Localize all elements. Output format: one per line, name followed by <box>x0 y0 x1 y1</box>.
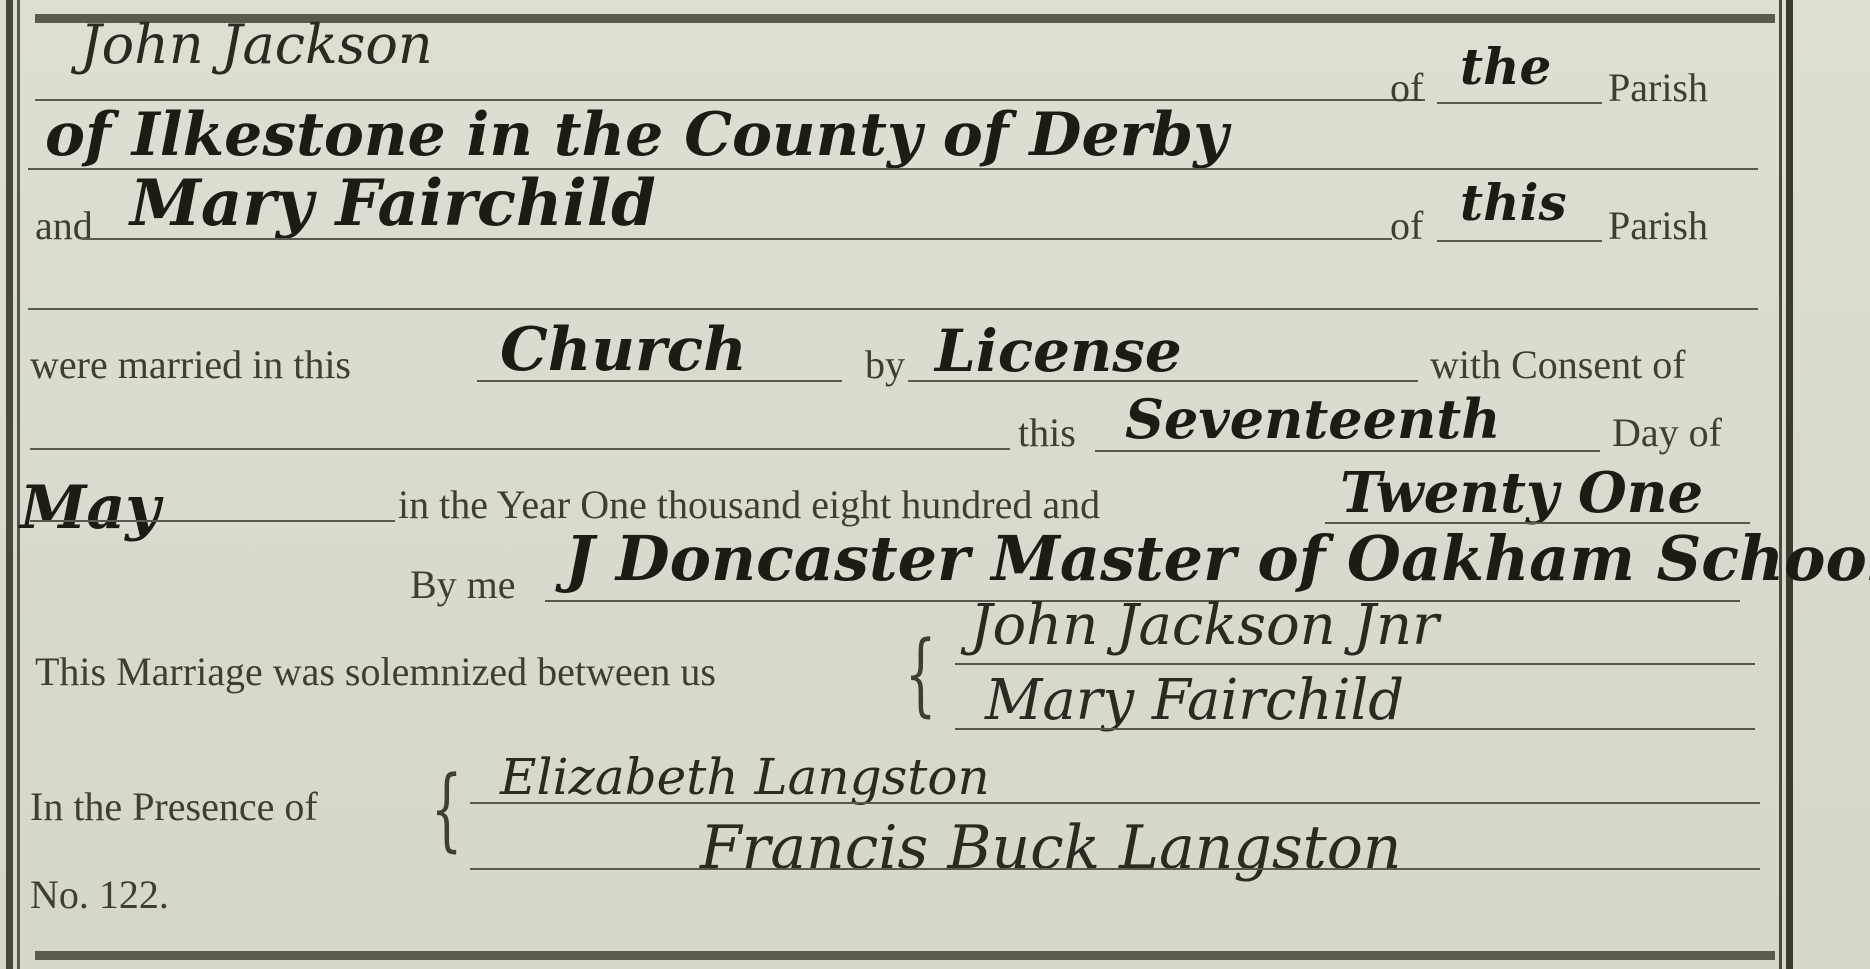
marriage-place: Church <box>500 320 747 380</box>
marriage-day: Seventeenth <box>1125 392 1500 446</box>
day-line <box>1095 450 1600 452</box>
bottom-heavy-rule <box>35 951 1775 960</box>
month-line <box>30 520 395 522</box>
brace-parties: { <box>905 630 936 720</box>
groom-name: John Jackson <box>80 18 433 72</box>
groom-parish: the <box>1460 42 1551 92</box>
label-parish-1: Parish <box>1608 68 1708 108</box>
label-solemnized: This Marriage was solemnized between us <box>35 652 716 692</box>
groom-residence: of Ilkestone in the County of Derby <box>45 105 1228 165</box>
consent-line <box>30 448 1010 450</box>
label-this: this <box>1018 413 1076 453</box>
entry-number: No. 122. <box>30 875 169 915</box>
witness-1-line <box>470 802 1760 804</box>
label-day-of: Day of <box>1612 413 1722 453</box>
marriage-year: Twenty One <box>1340 465 1703 521</box>
label-with-consent: with Consent of <box>1430 345 1686 385</box>
label-by: by <box>865 345 905 385</box>
brace-witnesses: { <box>431 765 462 855</box>
witness-2-line <box>470 868 1760 870</box>
blank-line <box>28 308 1758 310</box>
means-line <box>908 380 1418 382</box>
label-in-the-year: in the Year One thousand eight hundred a… <box>398 485 1100 525</box>
witness-1-signature: Elizabeth Langston <box>500 752 990 802</box>
groom-signature-line <box>955 663 1755 665</box>
right-border-inner <box>1779 0 1782 969</box>
marriage-month: May <box>20 478 160 538</box>
label-presence: In the Presence of <box>30 787 318 827</box>
left-border-outer <box>6 0 13 969</box>
groom-parish-line <box>1437 102 1602 104</box>
bride-name-line <box>82 238 1392 240</box>
label-and: and <box>35 206 93 246</box>
bride-name: Mary Fairchild <box>130 172 656 236</box>
label-of-2: of <box>1390 206 1423 246</box>
bride-parish: this <box>1460 178 1567 228</box>
bride-parish-line <box>1437 240 1602 242</box>
marriage-means: License <box>935 322 1182 380</box>
bride-signature-line <box>955 728 1755 730</box>
groom-signature: John Jackson Jnr <box>970 598 1439 654</box>
label-by-me: By me <box>410 565 516 605</box>
label-of-1: of <box>1390 68 1423 108</box>
place-line <box>477 380 842 382</box>
officiant-signature: J Doncaster Master of Oakham School <box>565 528 1870 590</box>
bride-signature: Mary Fairchild <box>985 673 1404 729</box>
label-married-in: were married in this <box>30 345 351 385</box>
right-border-outer <box>1786 0 1793 969</box>
label-parish-2: Parish <box>1608 206 1708 246</box>
